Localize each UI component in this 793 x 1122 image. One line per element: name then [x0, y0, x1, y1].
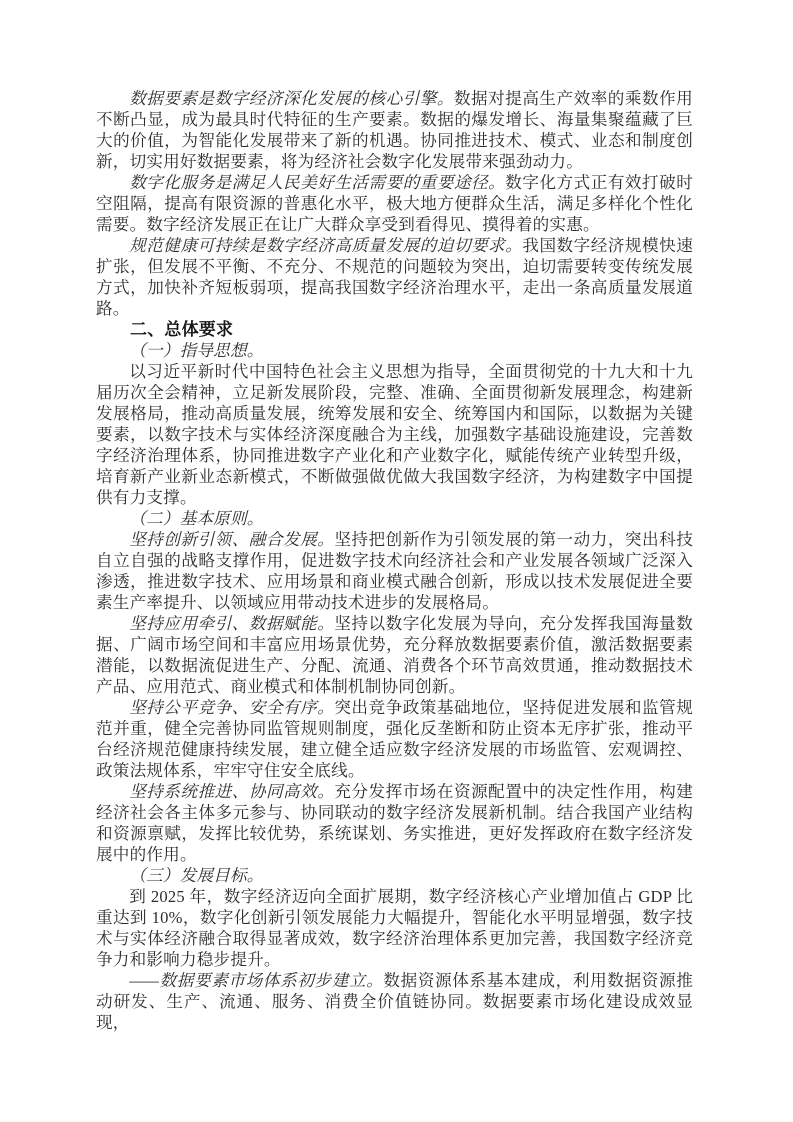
paragraph-principle-2: 坚持应用牵引、数据赋能。坚持以数字化发展为导向，充分发挥我国海量数据、广阔市场空… — [96, 613, 693, 697]
document-page: 数据要素是数字经济深化发展的核心引擎。数据对提高生产效率的乘数作用不断凸显，成为… — [0, 0, 793, 1122]
paragraph-intro-3: 规范健康可持续是数字经济高质量发展的迫切要求。我国数字经济规模快速扩张，但发展不… — [96, 235, 693, 319]
paragraph-goals: 到 2025 年，数字经济迈向全面扩展期，数字经济核心产业增加值占 GDP 比重… — [96, 886, 693, 970]
lead-sentence: 坚持应用牵引、数据赋能。 — [129, 614, 334, 633]
lead-sentence: 坚持创新引领、融合发展。 — [129, 530, 334, 549]
paragraph-guiding-thought: 以习近平新时代中国特色社会主义思想为指导，全面贯彻党的十九大和十九届历次全会精神… — [96, 361, 693, 508]
paragraph-principle-1: 坚持创新引领、融合发展。坚持把创新作为引领发展的第一动力，突出科技自立自强的战略… — [96, 529, 693, 613]
paragraph-principle-3: 坚持公平竞争、安全有序。突出竞争政策基础地位，坚持促进发展和监管规范并重，健全完… — [96, 697, 693, 781]
subsection-heading-3: （三）发展目标。 — [96, 865, 693, 886]
paragraph-intro-2: 数字化服务是满足人民美好生活需要的重要途径。数字化方式正有效打破时空阻隔，提高有… — [96, 172, 693, 235]
lead-sentence: ——数据要素市场体系初步建立。 — [129, 971, 383, 990]
paragraph-intro-1: 数据要素是数字经济深化发展的核心引擎。数据对提高生产效率的乘数作用不断凸显，成为… — [96, 88, 693, 172]
subsection-heading-2: （二）基本原则。 — [96, 508, 693, 529]
lead-sentence: 坚持系统推进、协同高效。 — [129, 782, 334, 801]
lead-sentence: 规范健康可持续是数字经济高质量发展的迫切要求。 — [129, 236, 522, 255]
section-heading: 二、总体要求 — [96, 319, 693, 340]
paragraph-goal-item: ——数据要素市场体系初步建立。数据资源体系基本建成，利用数据资源推动研发、生产、… — [96, 970, 693, 1033]
lead-sentence: 数字化服务是满足人民美好生活需要的重要途径。 — [129, 173, 505, 192]
subsection-heading-1: （一）指导思想。 — [96, 340, 693, 361]
lead-sentence: 数据要素是数字经济深化发展的核心引擎。 — [129, 89, 454, 108]
document-content: 数据要素是数字经济深化发展的核心引擎。数据对提高生产效率的乘数作用不断凸显，成为… — [96, 88, 693, 1033]
lead-sentence: 坚持公平竞争、安全有序。 — [129, 698, 334, 717]
paragraph-principle-4: 坚持系统推进、协同高效。充分发挥市场在资源配置中的决定性作用，构建经济社会各主体… — [96, 781, 693, 865]
